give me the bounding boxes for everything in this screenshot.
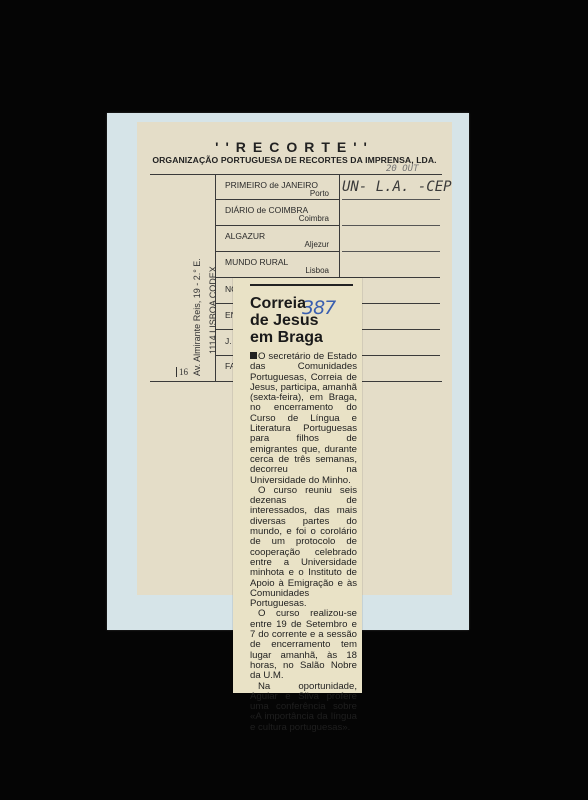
notes-line [342,251,440,252]
publication-city: Aljezur [219,240,329,249]
publication-city: Coimbra [219,214,329,223]
clipping-paragraph: O secretário de Estado das Comunidades P… [250,352,357,486]
clipping-paragraph: O curso reuniu seis dezenas de interessa… [250,486,357,610]
handwritten-date-note: 20 OUT [386,164,419,174]
clipping-paragraph: O curso realizou-se entre 19 de Setembro… [250,609,357,681]
paragraph-text: O secretário de Estado das Comunidades P… [250,351,357,486]
header-rule [150,174,442,175]
clipping-top-rule [250,284,353,286]
notes-line [342,199,440,200]
handwritten-code: UN- L.A. -CEP [342,179,452,195]
row-divider [215,251,339,252]
address-block: Av. Almirante Reis, 19 - 2.° E. 1114 LIS… [189,196,221,376]
notes-line [342,225,440,226]
handwritten-clipping-number: 387 [302,297,335,319]
publication-city: Lisboa [219,266,329,275]
notes-column-divider [339,174,340,277]
clipping-paragraph: Na oportunidade, Aguiar e Silva profere … [250,682,357,733]
address-line-1: Av. Almirante Reis, 19 - 2.° E. [189,196,205,376]
clipping-body: O secretário de Estado das Comunidades P… [250,352,357,733]
row-divider [215,225,339,226]
address-line-2: 1114 LISBOA CODEX [205,196,221,376]
row-divider [215,199,339,200]
headline-line-3: em Braga [250,329,323,346]
form-title: ''RECORTE'' [137,139,452,155]
page-number: 16 [176,367,188,377]
bullet-square-icon [250,352,257,359]
publication-city: Porto [219,189,329,198]
